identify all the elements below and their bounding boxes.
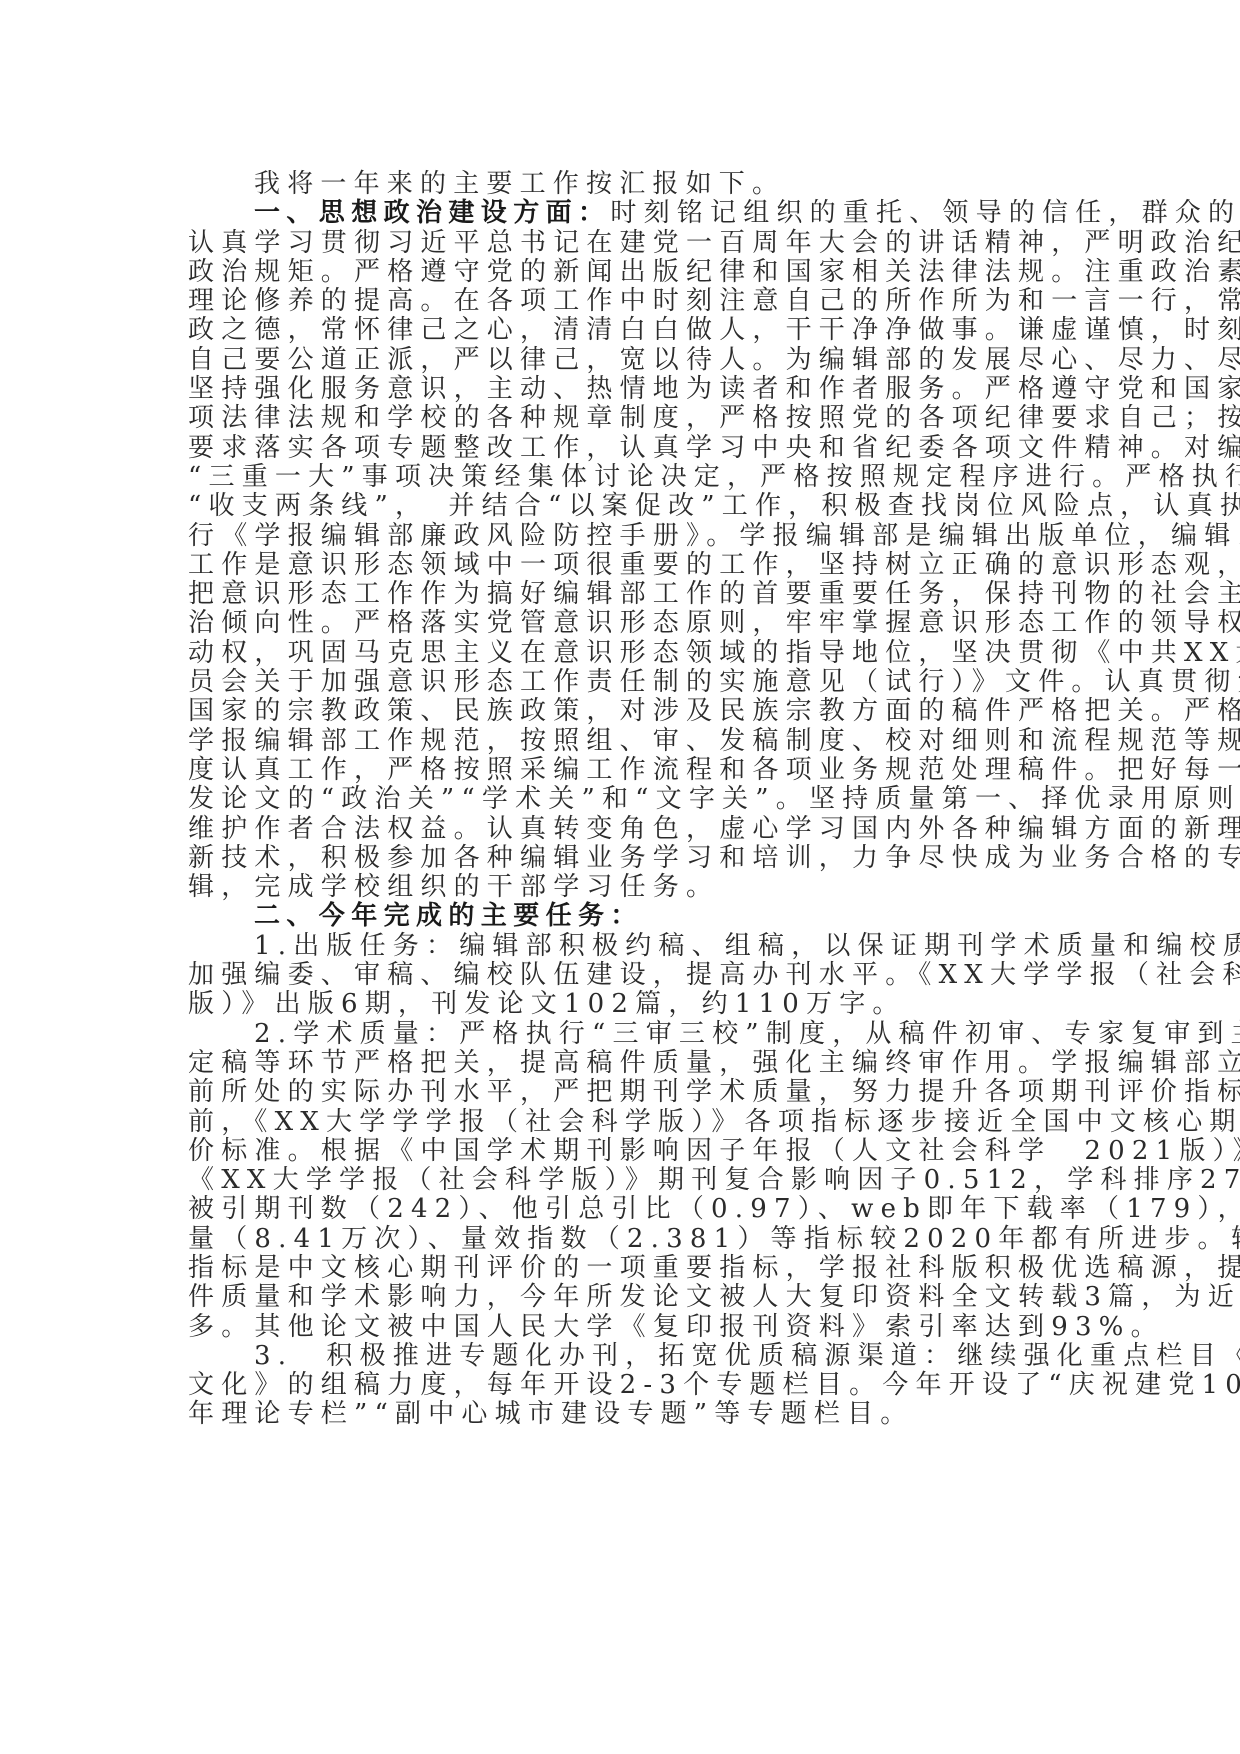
section-1-first-line: 一、思想政治建设方面：时刻铭记组织的重托、领导的信任，群众的期盼， <box>188 199 1058 228</box>
item-2-line: 定稿等环节严格把关，提高稿件质量，强化主编终审作用。学报编辑部立足目 <box>188 1049 1058 1078</box>
section-1-line: 坚持强化服务意识，主动、热情地为读者和作者服务。严格遵守党和国家的各 <box>188 375 1058 404</box>
item-2-line: 2.学术质量：严格执行“三审三校”制度，从稿件初审、专家复审到主编 <box>188 1020 1058 1049</box>
section-1-line: 要求落实各项专题整改工作，认真学习中央和省纪委各项文件精神。对编辑部 <box>188 434 1058 463</box>
item-3-line: 3. 积极推进专题化办刊，拓宽优质稿源渠道：继续强化重点栏目《河洛 <box>188 1342 1058 1371</box>
item-2-line: 多。其他论文被中国人民大学《复印报刊资料》索引率达到93%。 <box>188 1313 1058 1342</box>
item-2-line: 前所处的实际办刊水平，严把期刊学术质量，努力提升各项期刊评价指标。目 <box>188 1078 1058 1107</box>
section-2-heading: 二、今年完成的主要任务： <box>188 902 1058 931</box>
section-1-line: 发论文的“政治关”“学术关”和“文字关”。坚持质量第一、择优录用原则， <box>188 785 1058 814</box>
section-2: 二、今年完成的主要任务： 1.出版任务：编辑部积极约稿、组稿，以保证期刊学术质量… <box>188 902 1058 1429</box>
item-3-line: 年理论专栏”“副中心城市建设专题”等专题栏目。 <box>188 1400 1058 1429</box>
item-1-line: 版）》出版6期，刊发论文102篇，约110万字。 <box>188 990 1058 1019</box>
section-1-line: 认真学习贯彻习近平总书记在建党一百周年大会的讲话精神，严明政治纪律和 <box>188 229 1058 258</box>
item-2-line: 量（8.41万次）、量效指数（2.381）等指标较2020年都有所进步。转载复印 <box>188 1225 1058 1254</box>
section-1-line: “三重一大”事项决策经集体讨论决定，严格按照规定程序进行。严格执行 <box>188 463 1058 492</box>
item-2-academic-quality: 2.学术质量：严格执行“三审三校”制度，从稿件初审、专家复审到主编 定稿等环节严… <box>188 1020 1058 1342</box>
section-1-line: 动权，巩固马克思主义在意识形态领域的指导地位，坚决贯彻《中共XX大学委 <box>188 639 1058 668</box>
item-2-line: 件质量和学术影响力，今年所发论文被人大复印资料全文转载3篇，为近年最 <box>188 1283 1058 1312</box>
section-1-line: “收支两条线”， 并结合“以案促改”工作，积极查找岗位风险点，认真执 <box>188 492 1058 521</box>
section-1-line: 政之德，常怀律己之心，清清白白做人，干干净净做事。谦虚谨慎，时刻提醒 <box>188 316 1058 345</box>
section-1-heading: 一、思想政治建设方面： <box>254 198 610 228</box>
section-1-line: 学报编辑部工作规范，按照组、审、发稿制度、校对细则和流程规范等规章制 <box>188 727 1058 756</box>
section-1-line: 项法律法规和学校的各种规章制度，严格按照党的各项纪律要求自己；按学校 <box>188 404 1058 433</box>
item-2-line: 前，《XX大学学学报（社会科学版）》各项指标逐步接近全国中文核心期刊评 <box>188 1108 1058 1137</box>
item-3-special-topics: 3. 积极推进专题化办刊，拓宽优质稿源渠道：继续强化重点栏目《河洛 文化》的组稿… <box>188 1342 1058 1430</box>
item-1-line: 加强编委、审稿、编校队伍建设，提高办刊水平。《XX大学学报（社会科学 <box>188 961 1058 990</box>
item-2-line: 指标是中文核心期刊评价的一项重要指标，学报社科版积极优选稿源，提高稿 <box>188 1254 1058 1283</box>
section-1-line: 把意识形态工作作为搞好编辑部工作的首要重要任务，保持刊物的社会主义政 <box>188 580 1058 609</box>
item-2-line: 价标准。根据《中国学术期刊影响因子年报（人文社会科学 2021版）》统计： <box>188 1137 1058 1166</box>
section-1-line: 辑，完成学校组织的干部学习任务。 <box>188 873 1058 902</box>
section-1-line: 维护作者合法权益。认真转变角色，虚心学习国内外各种编辑方面的新理论、 <box>188 815 1058 844</box>
section-1-line: 工作是意识形态领域中一项很重要的工作，坚持树立正确的意识形态观，始终 <box>188 551 1058 580</box>
section-1-line: 新技术，积极参加各种编辑业务学习和培训，力争尽快成为业务合格的专业编 <box>188 844 1058 873</box>
section-1-line: 度认真工作，严格按照采编工作流程和各项业务规范处理稿件。把好每一篇刊 <box>188 756 1058 785</box>
section-1-line: 员会关于加强意识形态工作责任制的实施意见（试行）》文件。认真贯彻党和 <box>188 668 1058 697</box>
item-3-line: 文化》的组稿力度，每年开设2-3个专题栏目。今年开设了“庆祝建党100周 <box>188 1371 1058 1400</box>
section-1-line: 自己要公道正派，严以律己，宽以待人。为编辑部的发展尽心、尽力、尽责。 <box>188 346 1058 375</box>
section-1: 一、思想政治建设方面：时刻铭记组织的重托、领导的信任，群众的期盼， 认真学习贯彻… <box>188 199 1058 902</box>
item-2-line: 被引期刊数（242）、他引总引比（0.97）、web即年下载率（179），web… <box>188 1195 1058 1224</box>
section-1-line: 行《学报编辑部廉政风险防控手册》。学报编辑部是编辑出版单位，编辑出版 <box>188 522 1058 551</box>
item-1-publishing: 1.出版任务：编辑部积极约稿、组稿，以保证期刊学术质量和编校质量； 加强编委、审… <box>188 932 1058 1020</box>
section-1-line: 理论修养的提高。在各项工作中时刻注意自己的所作所为和一言一行，常修为 <box>188 287 1058 316</box>
section-1-line: 国家的宗教政策、民族政策，对涉及民族宗教方面的稿件严格把关。严格执行 <box>188 697 1058 726</box>
section-1-line: 治倾向性。严格落实党管意识形态原则，牢牢掌握意识形态工作的领导权、主 <box>188 609 1058 638</box>
item-1-line: 1.出版任务：编辑部积极约稿、组稿，以保证期刊学术质量和编校质量； <box>188 932 1058 961</box>
document-page: 我将一年来的主要工作按汇报如下。 一、思想政治建设方面：时刻铭记组织的重托、领导… <box>188 170 1058 1430</box>
item-2-line: 《XX大学学报（社会科学版）》期刊复合影响因子0.512，学科排序271/626… <box>188 1166 1058 1195</box>
intro-paragraph: 我将一年来的主要工作按汇报如下。 <box>188 170 1058 199</box>
section-1-line: 政治规矩。严格遵守党的新闻出版纪律和国家相关法律法规。注重政治素养、 <box>188 258 1058 287</box>
section-1-line-0: 时刻铭记组织的重托、领导的信任，群众的期盼， <box>610 198 1240 228</box>
